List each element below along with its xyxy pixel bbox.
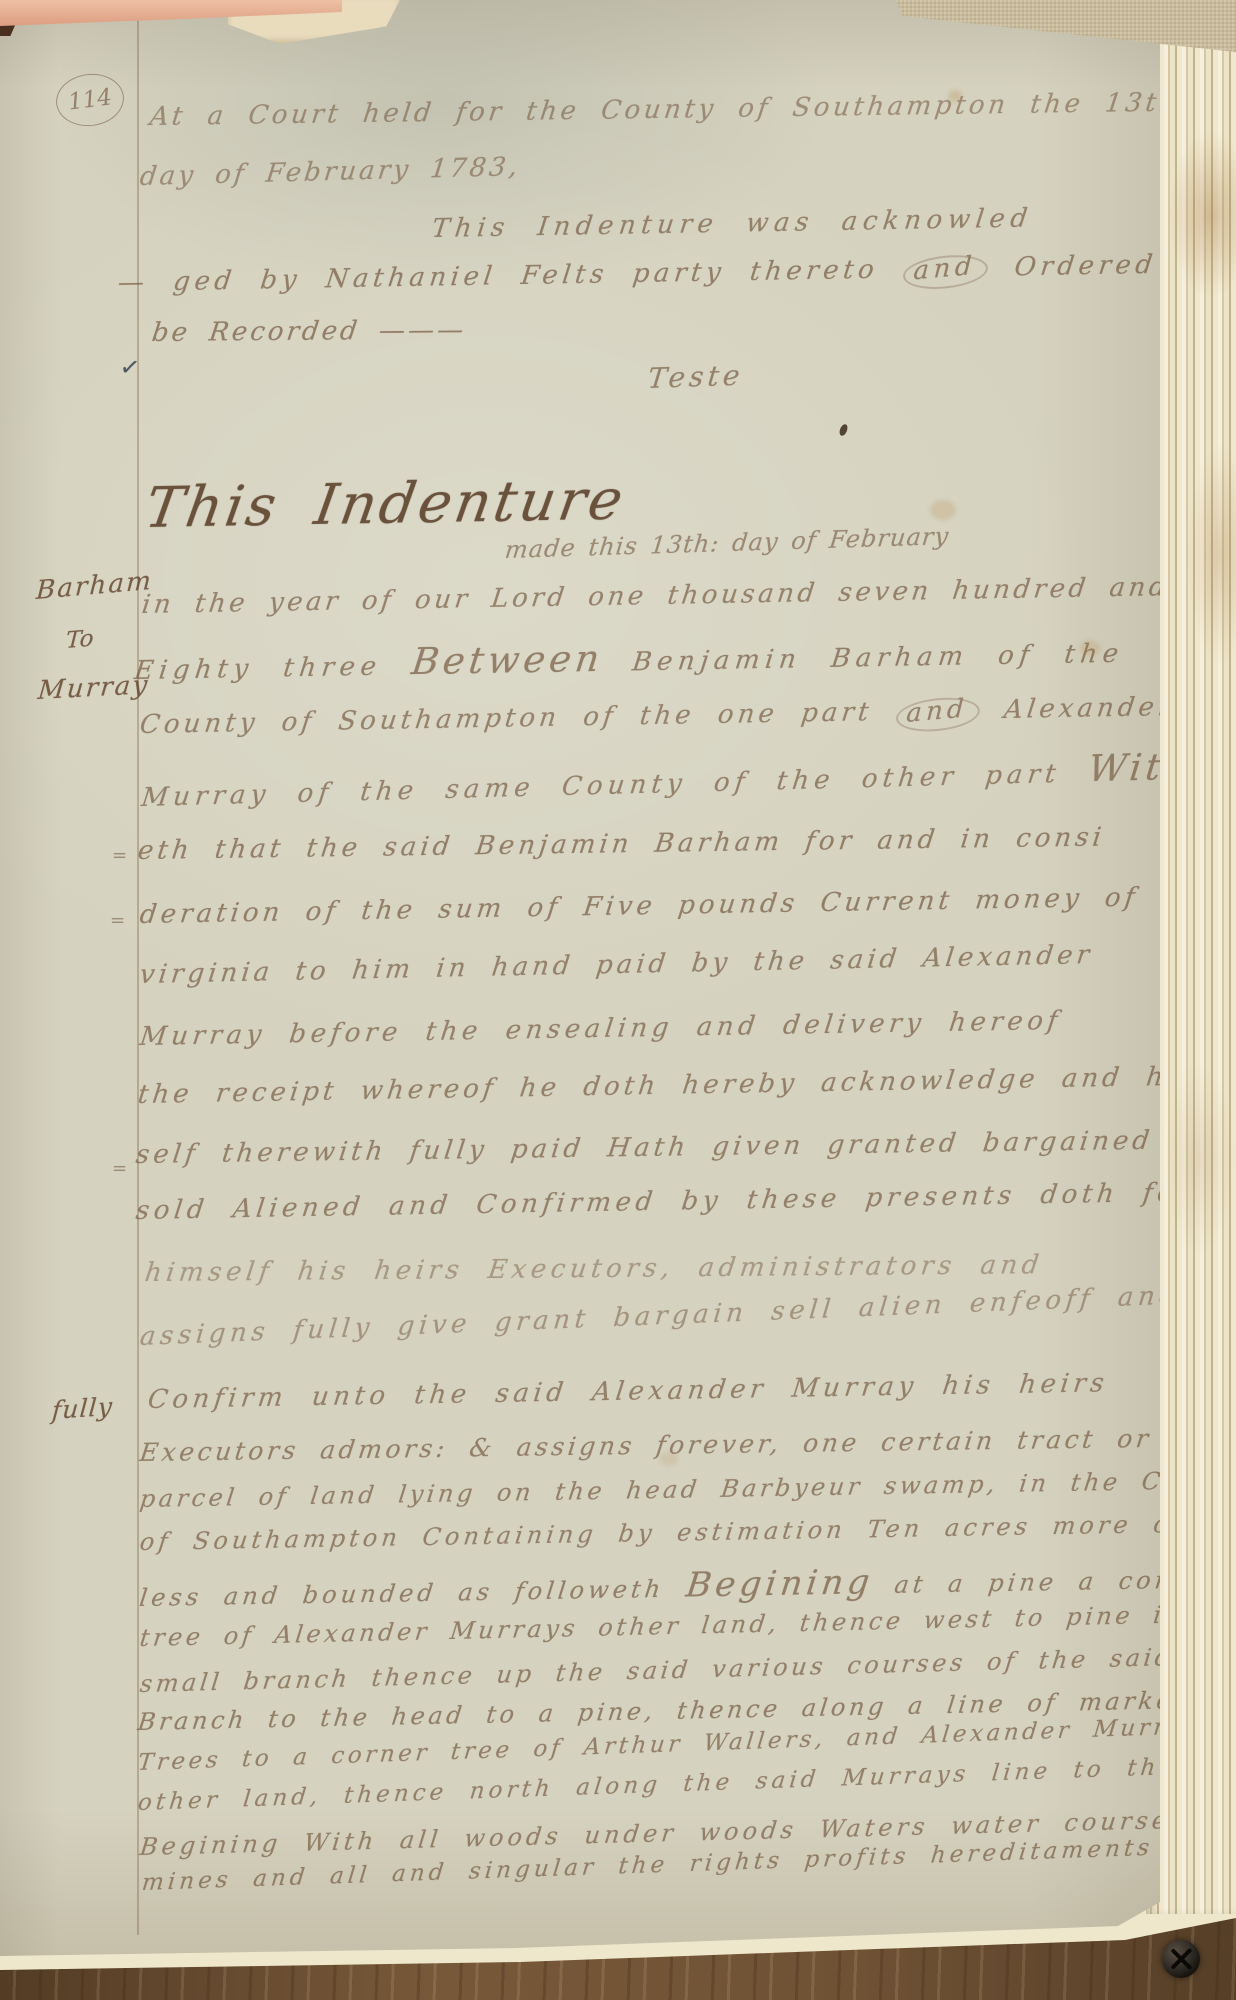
emphasized-word: Between xyxy=(409,637,606,683)
circled-word: and xyxy=(895,695,980,735)
manuscript-line: virginia to him in hand paid by the said… xyxy=(138,940,1095,990)
manuscript-line: in the year of our Lord one thousand sev… xyxy=(140,572,1160,620)
manuscript-line: Murray before the ensealing and delivery… xyxy=(138,1006,1063,1052)
emphasized-word: Begining xyxy=(684,1562,876,1605)
margin-insertion-mark: = xyxy=(112,845,127,866)
page-number: 114 xyxy=(53,70,127,130)
margin-checkmark: ✓ xyxy=(118,352,142,383)
court-record-line: This Indenture was acknowled xyxy=(430,204,1034,244)
manuscript-line: Executors admors: & assigns forever, one… xyxy=(138,1424,1153,1467)
manuscript-line: Confirm unto the said Alexander Murray h… xyxy=(146,1368,1110,1415)
court-record-line: — ged by Nathaniel Felts party thereto a… xyxy=(116,248,1160,298)
court-record-line: Teste xyxy=(646,359,745,395)
court-record-line: day of February 1783, xyxy=(138,152,521,192)
book-scan: 114 At a Court held for the County of So… xyxy=(0,0,1236,2000)
indenture-opening-words: This Indenture xyxy=(141,468,630,541)
circled-word: and xyxy=(903,252,990,292)
ink-blot xyxy=(838,423,849,437)
court-record-line: be Recorded ——— xyxy=(150,315,468,348)
court-record-line: At a Court held for the County of Southa… xyxy=(148,87,1160,132)
manuscript-line: eth that the said Benjamin Barham for an… xyxy=(136,823,1107,866)
manuscript-line: sold Aliened and Confirmed by these pres… xyxy=(134,1177,1160,1226)
manuscript-line: deration of the sum of Five pounds Curre… xyxy=(138,883,1140,930)
foxing-spot xyxy=(930,500,956,520)
manuscript-line: assigns fully give grant bargain sell al… xyxy=(138,1280,1160,1352)
manuscript-line: County of Southampton of the one part an… xyxy=(138,692,1160,740)
margin-note-fully: fully xyxy=(51,1392,114,1425)
manuscript-line: Murray of the same County of the other p… xyxy=(140,743,1160,815)
manuscript-line: himself his heirs Executors, administrat… xyxy=(143,1250,1045,1288)
margin-insertion-mark: = xyxy=(110,910,125,931)
manuscript-line: of Southampton Containing by estimation … xyxy=(138,1510,1160,1556)
manuscript-line: Eighty three Between Benjamin Barham of … xyxy=(132,628,1127,688)
margin-note-barham: Barham xyxy=(35,566,154,606)
foxing-spot xyxy=(948,90,962,102)
manuscript-line: the receipt whereof he doth hereby ackno… xyxy=(136,1061,1160,1110)
margin-insertion-mark: = xyxy=(112,1158,127,1179)
foxing-spot xyxy=(660,1452,678,1466)
page-number-text: 114 xyxy=(67,84,114,115)
margin-note-murray: Murray xyxy=(37,670,151,706)
manuscript-line: parcel of land lying on the head Barbyeu… xyxy=(138,1466,1160,1513)
manuscript-page: 114 At a Court held for the County of So… xyxy=(0,0,1160,1958)
foxing-spot xyxy=(1080,640,1100,656)
manuscript-line: self therewith fully paid Hath given gra… xyxy=(134,1126,1155,1170)
margin-note-to: To xyxy=(65,626,94,654)
screw-head xyxy=(1162,1940,1200,1978)
emphasized-word: Witness xyxy=(1086,743,1160,791)
